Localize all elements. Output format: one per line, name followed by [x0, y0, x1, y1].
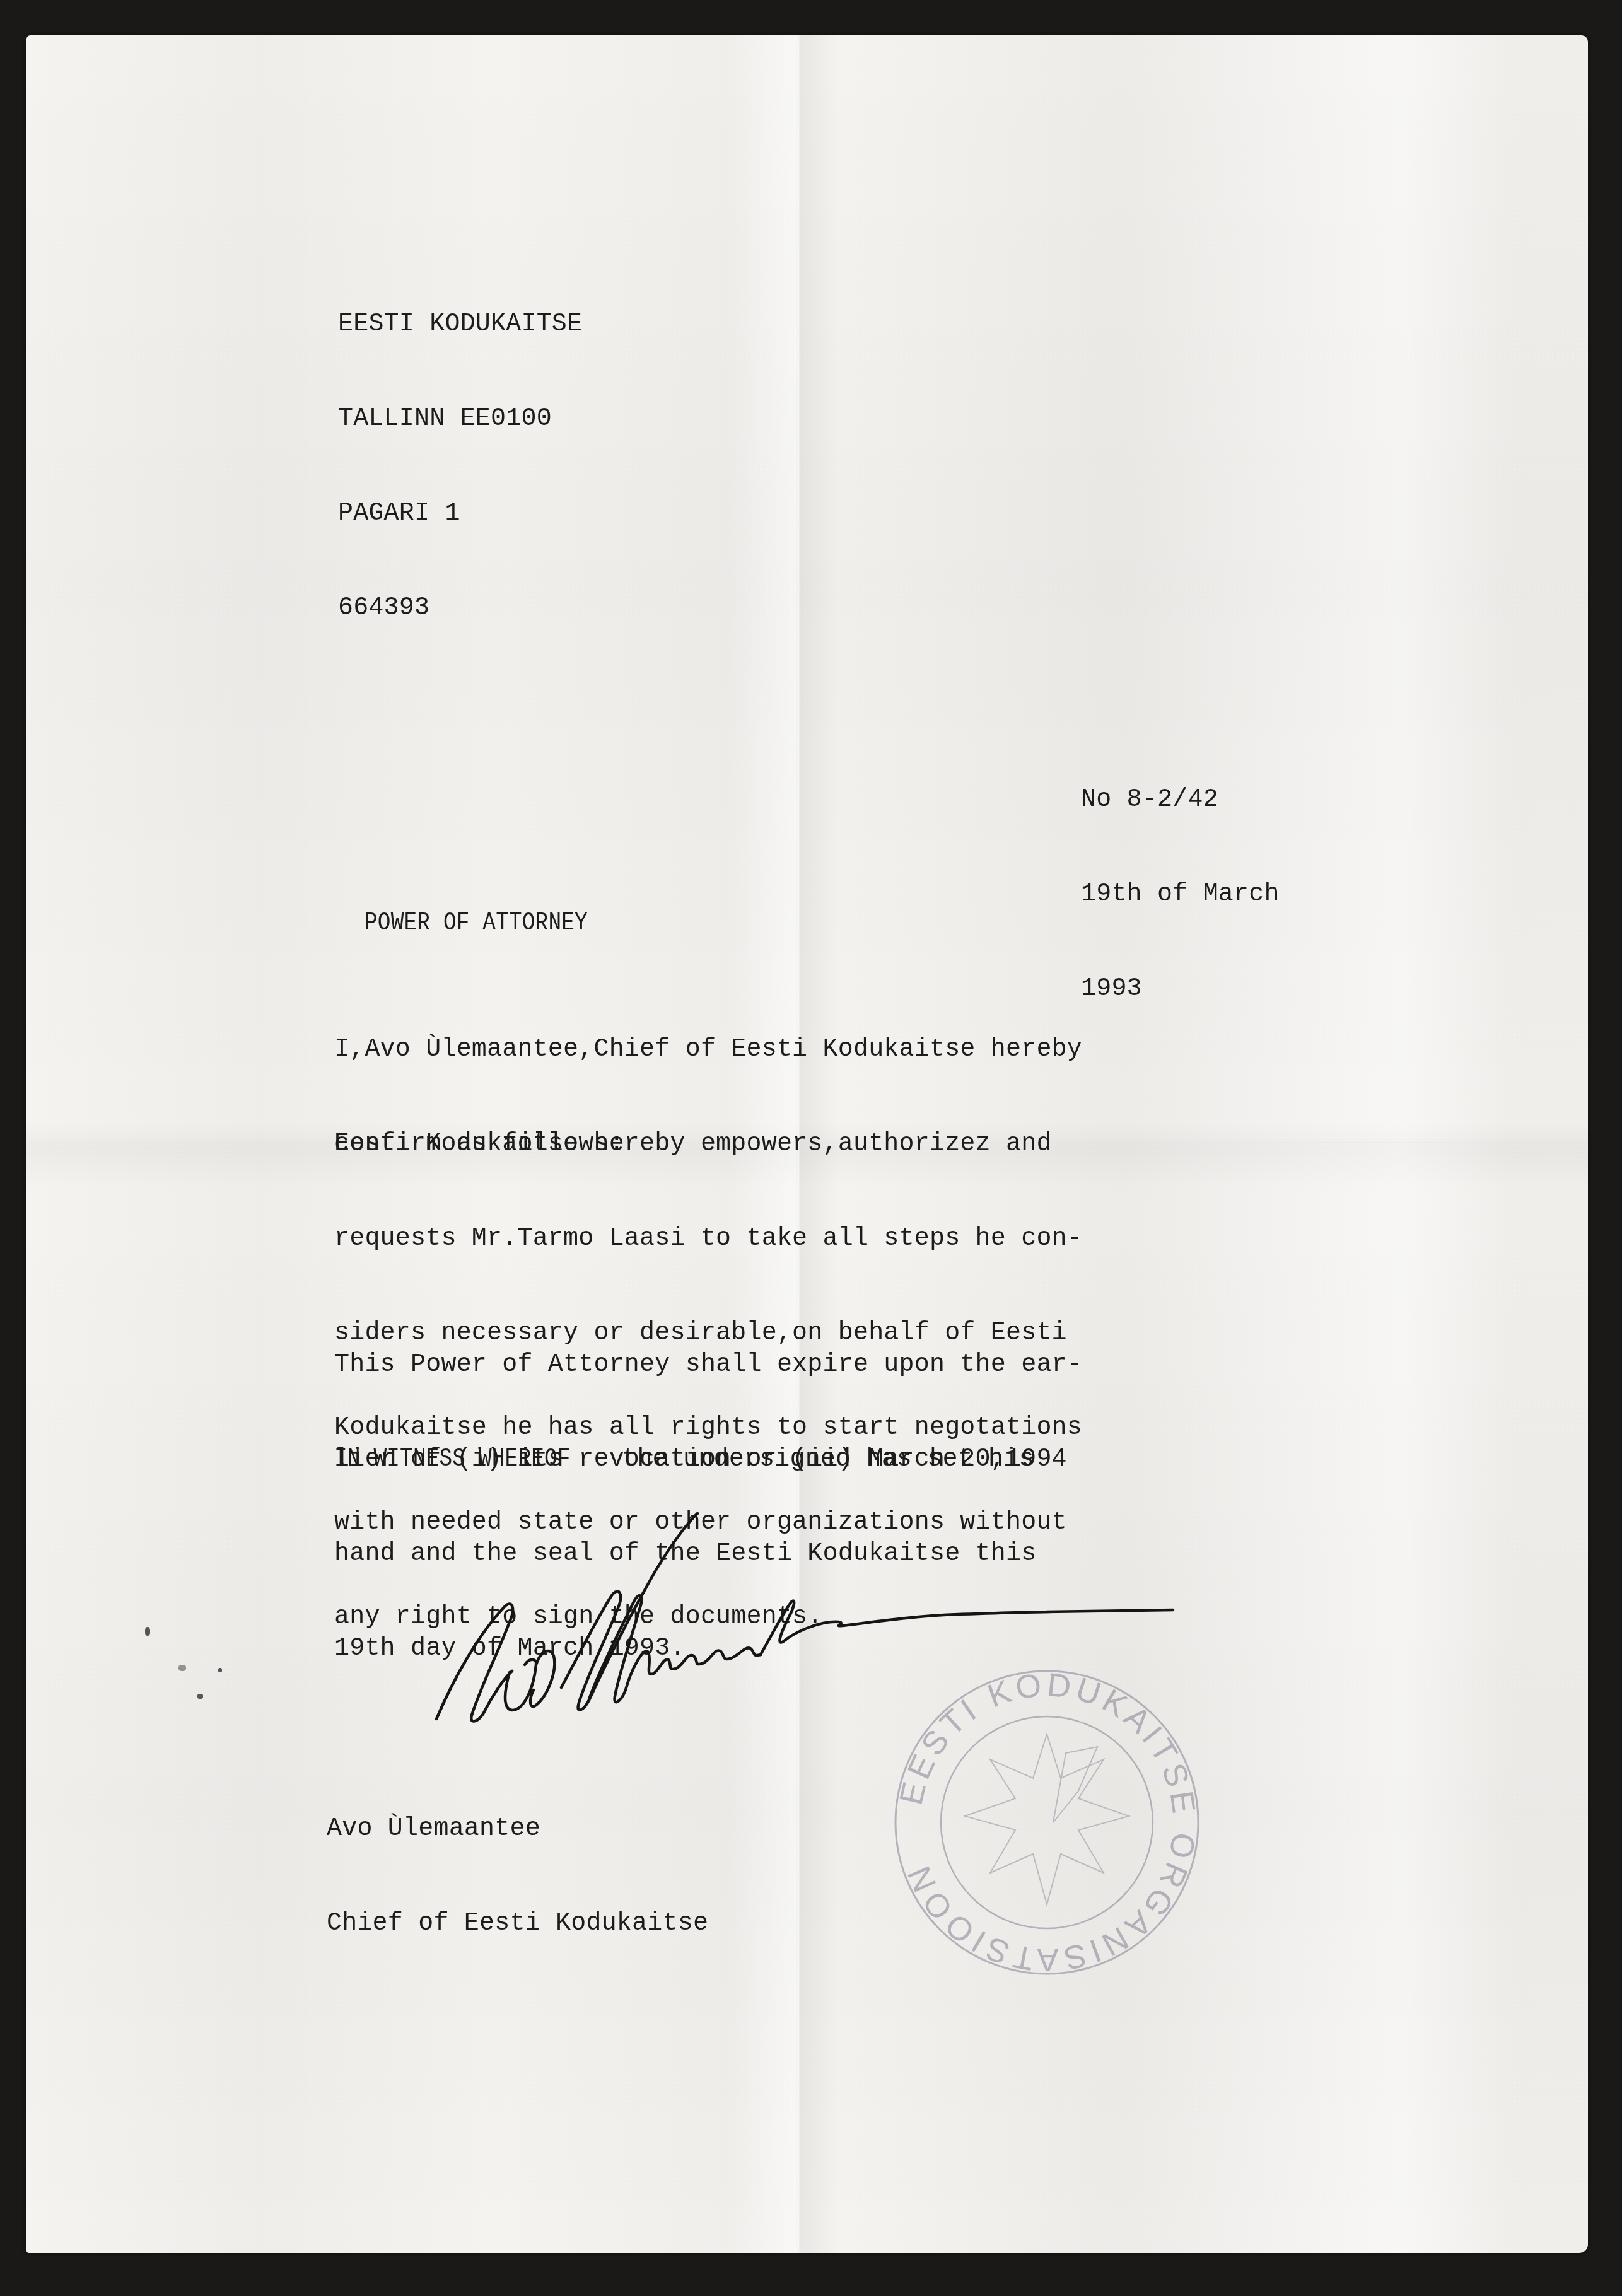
paper-speck	[145, 1627, 150, 1636]
official-seal-stamp: EESTI KODUKAITSE ORGANISATSIOON	[889, 1665, 1205, 1980]
signer-name: Avo Ùlemaantee	[327, 1814, 708, 1845]
paper-speck	[218, 1668, 222, 1672]
stamp-ring-text: EESTI KODUKAITSE ORGANISATSIOON	[893, 1667, 1203, 1978]
signer-block: Avo Ùlemaantee Chief of Eesti Kodukaitse	[327, 1751, 708, 1971]
star-emblem-icon	[965, 1734, 1129, 1904]
paper-speck	[178, 1665, 186, 1671]
signer-title: Chief of Eesti Kodukaitse	[327, 1908, 708, 1940]
paper-speck	[197, 1694, 203, 1699]
handwritten-signature	[0, 0, 1622, 2296]
